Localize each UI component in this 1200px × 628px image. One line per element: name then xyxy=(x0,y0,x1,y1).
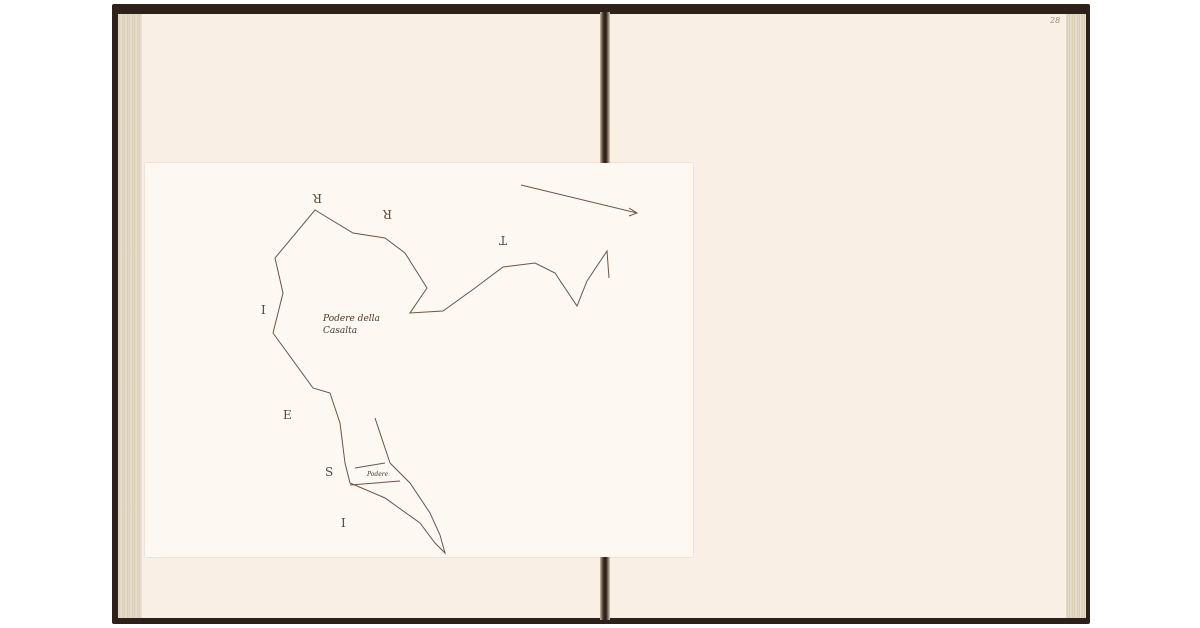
page-edges-left xyxy=(118,14,142,618)
map-letter-r2: R xyxy=(383,207,392,221)
place-label: Podere della Casalta xyxy=(323,313,380,337)
place-label-line1: Podere della xyxy=(323,313,380,325)
map-insert-sheet: R R T I E S I Podere della Casalta Poder… xyxy=(145,163,693,557)
map-letter-i1: I xyxy=(261,303,266,317)
place-label-line2: Casalta xyxy=(323,325,380,337)
page-number: 28 xyxy=(1050,16,1060,25)
map-letter-e: E xyxy=(283,408,292,422)
map-letter-r1: R xyxy=(313,191,322,205)
map-letter-i2: I xyxy=(341,516,346,530)
map-letter-s: S xyxy=(325,465,333,479)
map-drawing xyxy=(145,163,693,557)
page-edges-right xyxy=(1064,14,1086,618)
field-label: Podere xyxy=(367,469,388,481)
map-letter-t: T xyxy=(499,233,507,247)
